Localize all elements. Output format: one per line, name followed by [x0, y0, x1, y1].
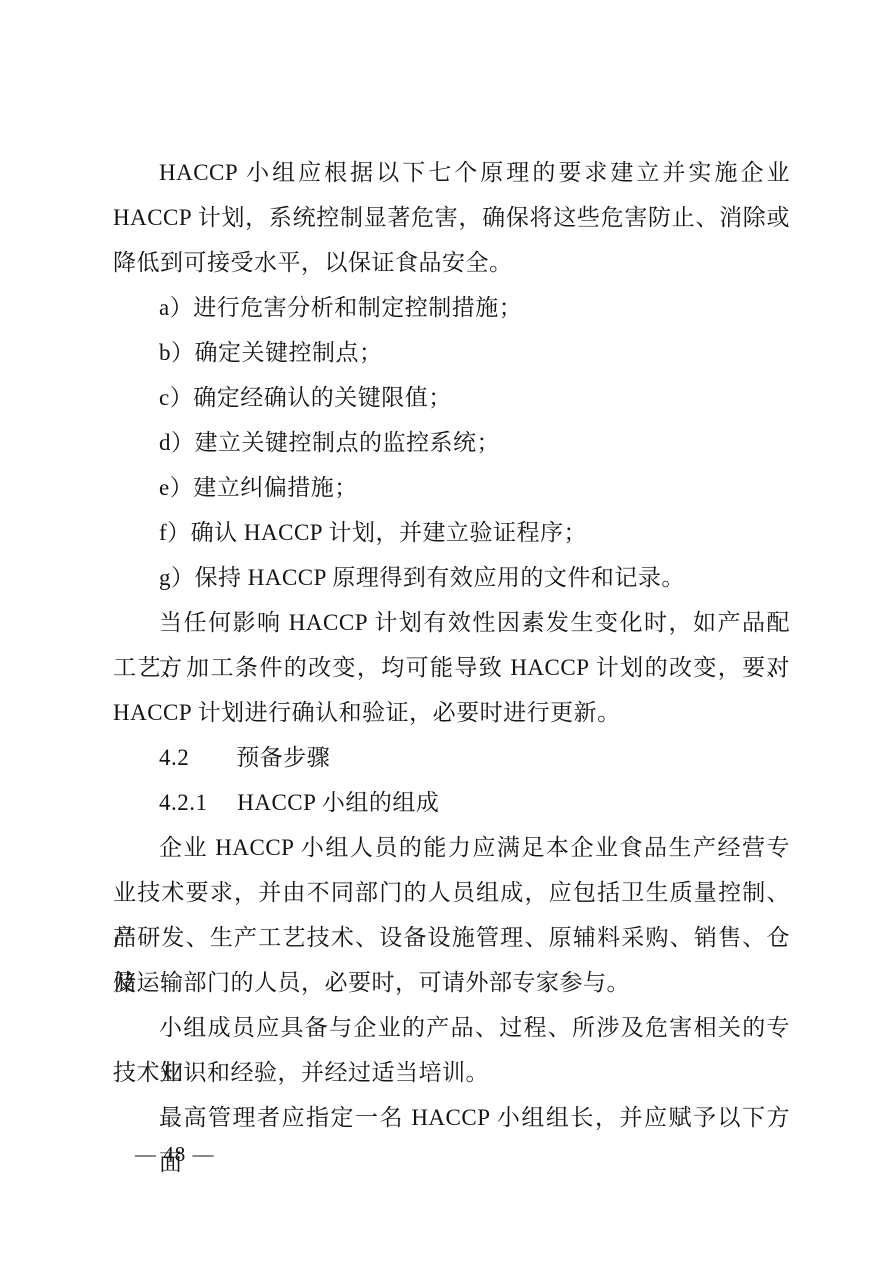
text-line: d）建立关键控制点的监控系统； — [113, 420, 790, 465]
text-line: 品研发、生产工艺技术、设备设施管理、原辅料采购、销售、仓储 — [113, 915, 790, 960]
text-line: 业技术要求，并由不同部门的人员组成，应包括卫生质量控制、产 — [113, 870, 790, 915]
text-line: e）建立纠偏措施； — [113, 465, 790, 510]
text-line: 技术知识和经验，并经过适当培训。 — [113, 1050, 790, 1095]
page-number: — 48 — — [135, 1138, 215, 1170]
text-line: 及运输部门的人员，必要时，可请外部专家参与。 — [113, 960, 790, 1005]
text-line: HACCP 计划，系统控制显著危害，确保将这些危害防止、消除或 — [113, 195, 790, 240]
text-line: 降低到可接受水平，以保证食品安全。 — [113, 240, 790, 285]
text-line: 最高管理者应指定一名 HACCP 小组组长，并应赋予以下方面 — [113, 1095, 790, 1140]
document-body: HACCP 小组应根据以下七个原理的要求建立并实施企业HACCP 计划，系统控制… — [113, 150, 790, 1140]
document-page: HACCP 小组应根据以下七个原理的要求建立并实施企业HACCP 计划，系统控制… — [0, 0, 892, 1262]
section-heading: 4.2 预备步骤 — [113, 735, 790, 780]
text-line: g）保持 HACCP 原理得到有效应用的文件和记录。 — [113, 555, 790, 600]
text-line: c）确定经确认的关键限值； — [113, 375, 790, 420]
text-line: 工艺、加工条件的改变，均可能导致 HACCP 计划的改变，要对 — [113, 645, 790, 690]
text-line: f）确认 HACCP 计划，并建立验证程序； — [113, 510, 790, 555]
text-line: 小组成员应具备与企业的产品、过程、所涉及危害相关的专业 — [113, 1005, 790, 1050]
text-line: HACCP 计划进行确认和验证，必要时进行更新。 — [113, 690, 790, 735]
section-heading: 4.2.1 HACCP 小组的组成 — [113, 780, 790, 825]
text-line: 当任何影响 HACCP 计划有效性因素发生变化时，如产品配方、 — [113, 600, 790, 645]
text-line: b）确定关键控制点； — [113, 330, 790, 375]
text-line: 企业 HACCP 小组人员的能力应满足本企业食品生产经营专 — [113, 825, 790, 870]
text-line: HACCP 小组应根据以下七个原理的要求建立并实施企业 — [113, 150, 790, 195]
page-number-text: — 48 — — [135, 1142, 215, 1166]
text-line: a）进行危害分析和制定控制措施； — [113, 285, 790, 330]
